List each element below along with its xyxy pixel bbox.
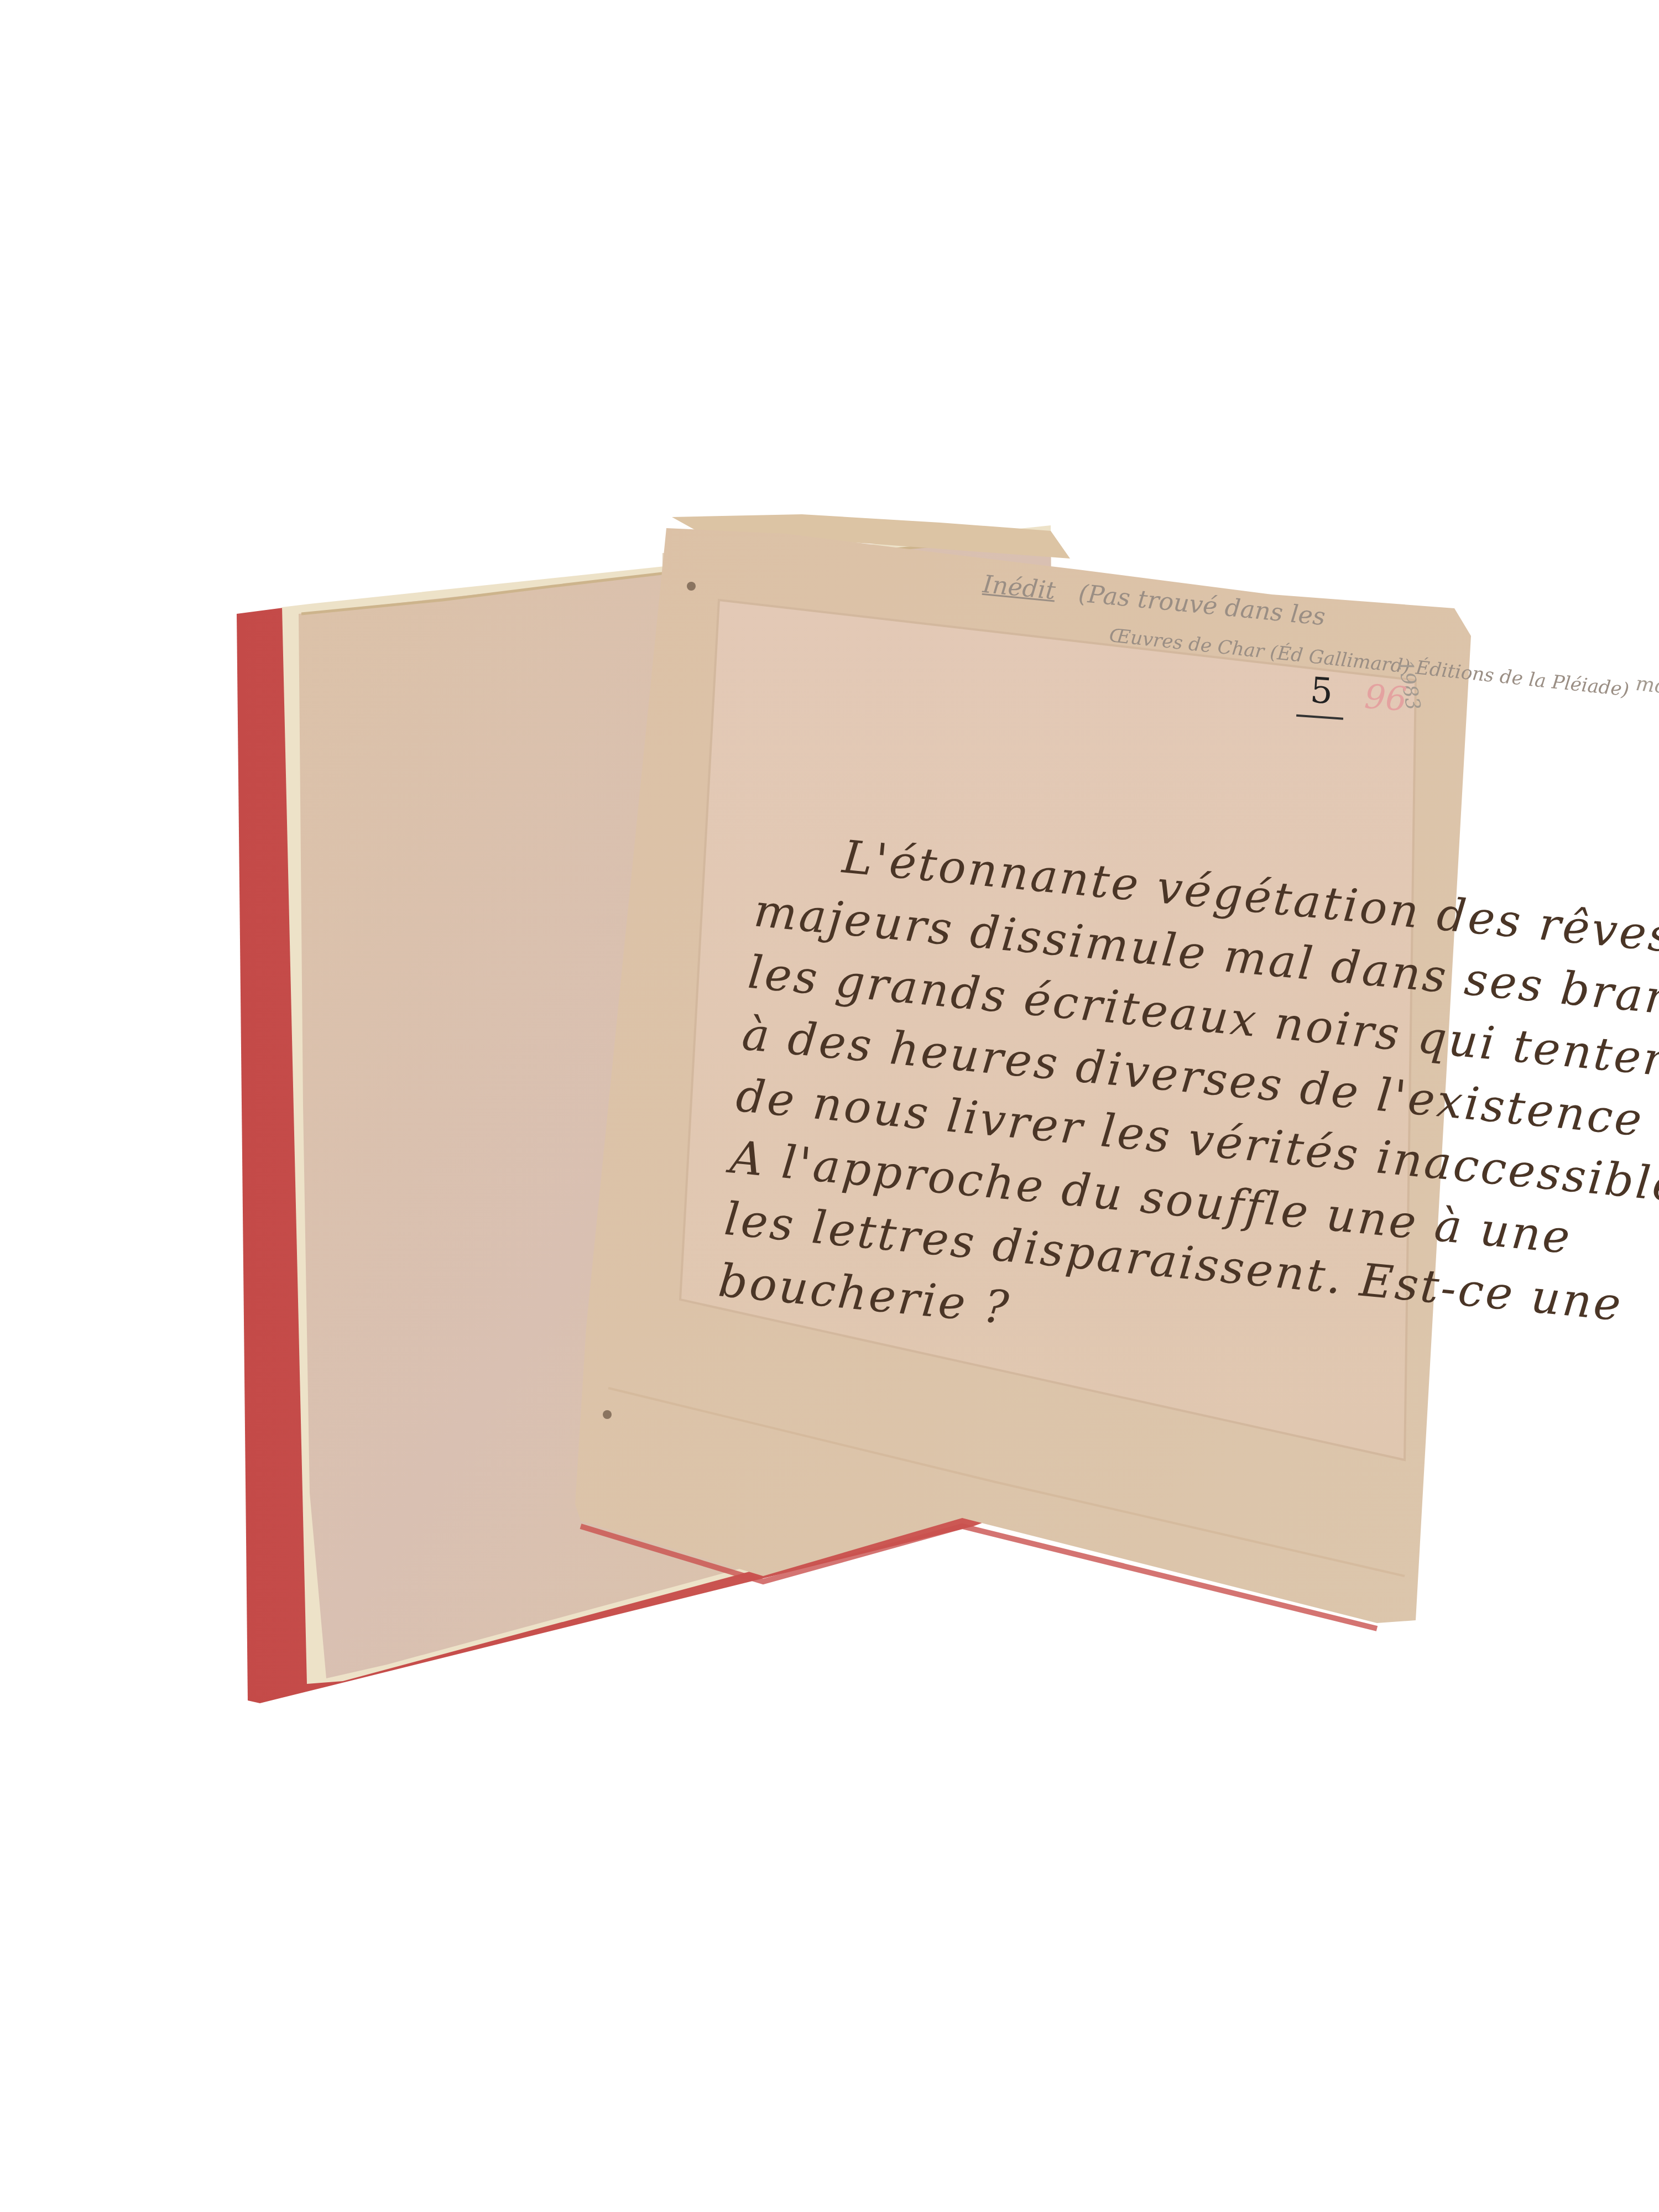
red-page-number: 96 (1363, 677, 1408, 719)
binding-hole-bottom (603, 1410, 612, 1419)
handwritten-body: L'étonnante végétation des rêves majeurs… (716, 818, 1659, 1411)
page-number: 5 (1296, 669, 1347, 720)
inedit-label: Inédit (982, 570, 1057, 605)
pencil-note-superscript: mo (1635, 672, 1659, 698)
binding-hole-top (687, 582, 696, 591)
